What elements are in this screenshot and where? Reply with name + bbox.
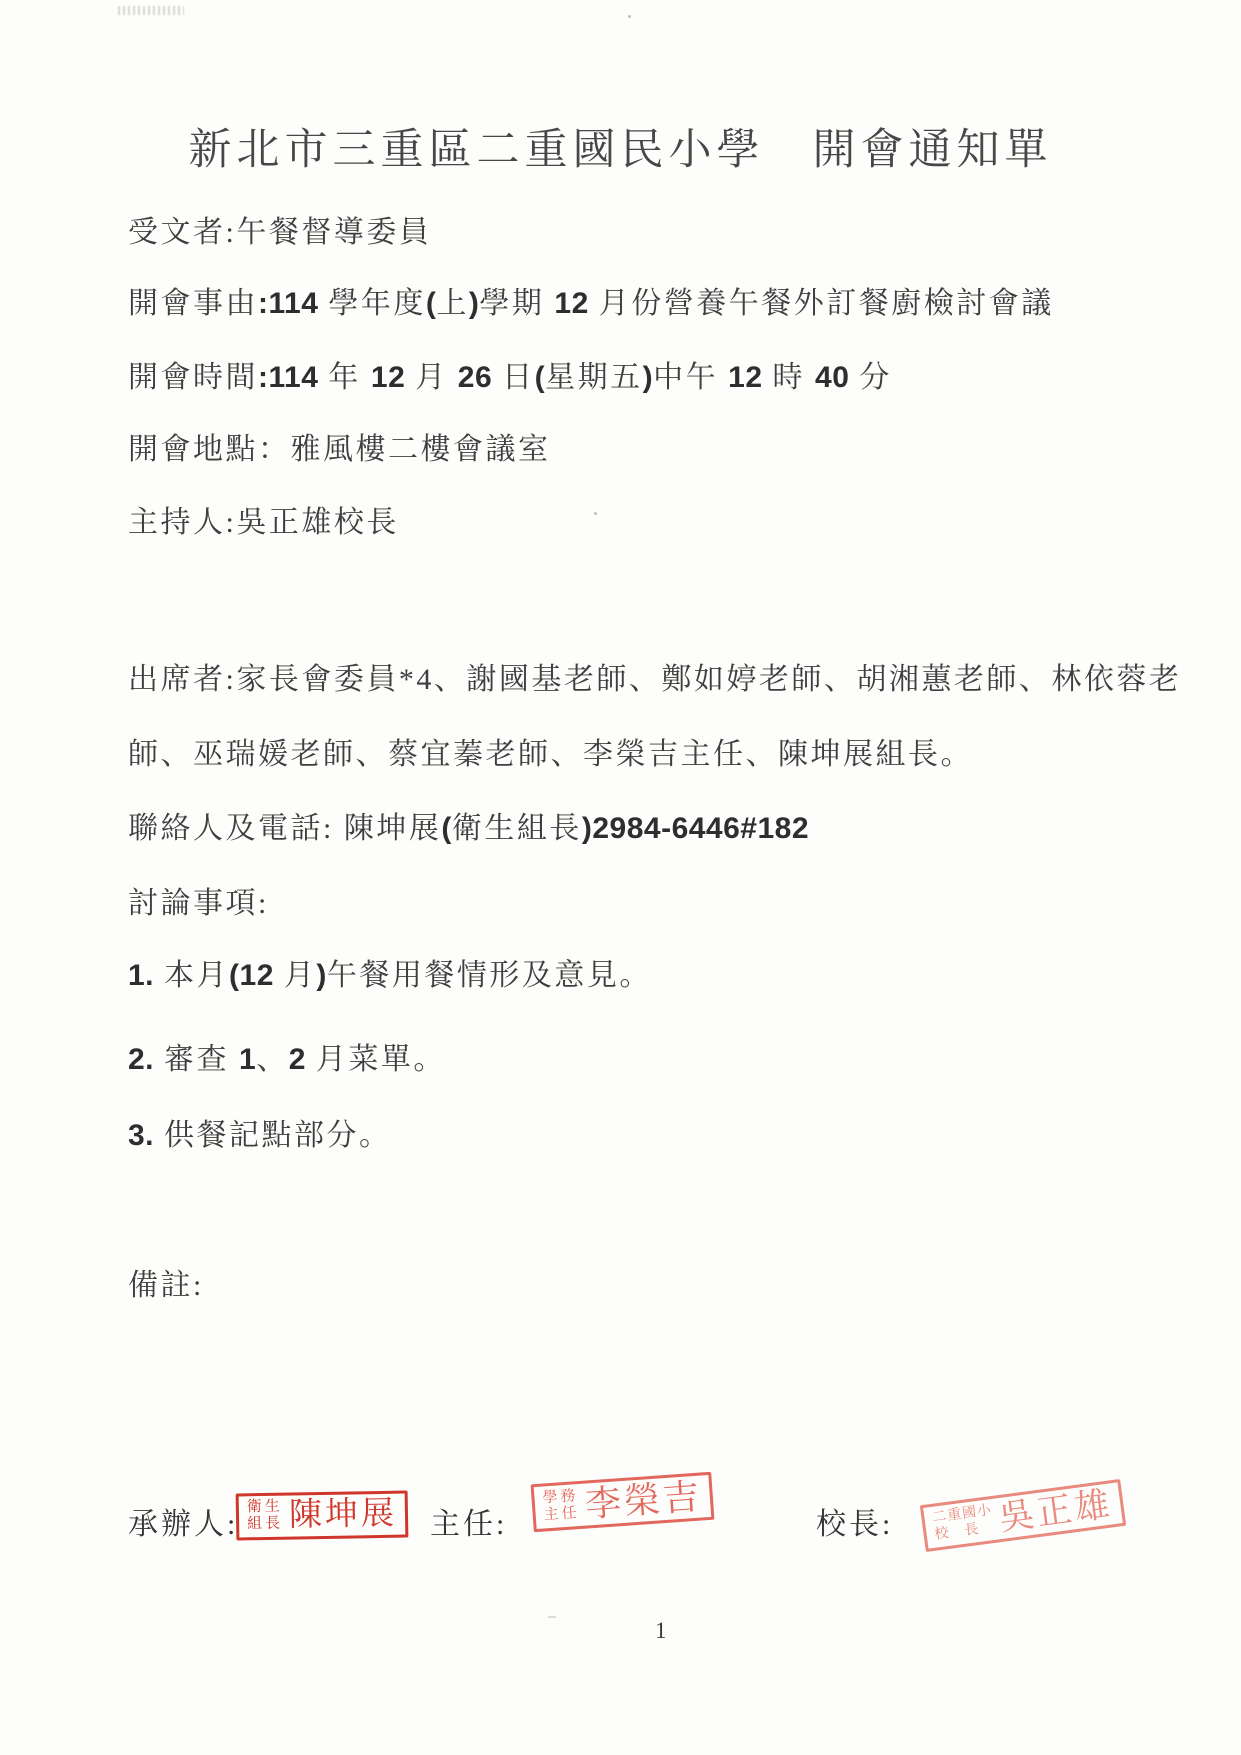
text-run: ) [643,361,654,394]
text-run: 出席者:家長會委員*4、謝國基老師、鄭如婷老師、胡湘蕙老師、林依蓉老 [128,663,1181,696]
line-contact: 聯絡人及電話: 陳坤展(衛生組長)2984-6446#182 [128,803,809,847]
line-agenda-item-2: 2. 審查 1、2 月菜單。 [128,1034,446,1078]
scanned-meeting-notice-page: 新北市三重區二重國民小學 開會通知單 受文者:午餐督導委員開會事由:114 學年… [0,0,1241,1755]
text-run: 供餐記點部分。 [154,1119,392,1152]
stamp-name: 吳正雄 [997,1486,1115,1536]
scan-artifact [118,6,184,15]
line-meeting-time: 開會時間:114 年 12 月 26 日(星期五)中午 12 時 40 分 [128,352,892,396]
stamp-name: 陳坤展 [289,1497,398,1532]
stamp-title-row: 衛生 [247,1499,283,1517]
stamp-title-rows: 衛生組長 [247,1499,284,1534]
text-run: 3. [128,1119,154,1152]
text-run: 1 [239,1043,256,1076]
text-run: ( [441,812,452,845]
line-remarks: 備註: [128,1260,204,1304]
organizer-stamp: 衛生組長陳坤展 [236,1491,409,1540]
text-run: 師、巫瑞媛老師、蔡宜蓁老師、李榮吉主任、陳坤展組長。 [128,738,973,771]
line-meeting-subject: 開會事由:114 學年度(上)學期 12 月份營養午餐外訂餐廚檢討會議 [128,278,1054,322]
scan-speck [594,512,597,515]
scan-speck [628,15,631,18]
principal-label: 校長: [816,1499,893,1543]
scan-speck [548,1616,556,1618]
text-run: 月 [274,959,317,992]
text-run: 、 [256,1043,289,1076]
page-title: 新北市三重區二重國民小學 開會通知單 [0,116,1241,177]
text-run: 時 [763,361,816,394]
line-attendees-line-1: 出席者:家長會委員*4、謝國基老師、鄭如婷老師、胡湘蕙老師、林依蓉老 [128,654,1181,698]
text-run: 40 [815,361,849,394]
text-run: 月菜單。 [306,1043,446,1076]
text-run: ( [426,287,437,320]
text-run: 2. [128,1043,154,1076]
stamp-name: 李榮吉 [584,1478,703,1522]
director-label: 主任: [430,1499,507,1543]
stamp-title-rows: 學務主任 [542,1488,580,1525]
line-agenda-heading: 討論事項: [128,878,269,922]
text-run: 審查 [154,1043,239,1076]
text-run: 日 [492,361,535,394]
organizer-label: 承辦人: [128,1499,238,1543]
text-run: 開會地點：雅風樓二樓會議室 [128,433,551,466]
text-run: 聯絡人及電話: 陳坤展 [128,812,441,845]
line-recipient: 受文者:午餐督導委員 [128,207,431,251]
text-run: 午餐用餐情形及意見。 [327,959,652,992]
text-run: 開會時間 [128,361,258,394]
line-meeting-location: 開會地點：雅風樓二樓會議室 [128,424,551,468]
stamp-title-rows: 二重國小校 長 [932,1503,996,1543]
text-run: 備註: [128,1269,204,1302]
text-run: 2 [289,1043,306,1076]
stamp-title-row: 組長 [247,1516,283,1534]
text-run: 12 [371,361,405,394]
line-agenda-item-1: 1. 本月(12 月)午餐用餐情形及意見。 [128,950,652,994]
line-agenda-item-3: 3. 供餐記點部分。 [128,1110,392,1154]
text-run: )2984-6446#182 [582,812,809,845]
text-run: :114 [258,287,318,320]
text-run: 26 [458,361,492,394]
text-run: 分 [849,361,892,394]
text-run: 開會事由 [128,287,258,320]
text-run: 本月 [154,959,229,992]
director-stamp: 學務主任李榮吉 [531,1472,715,1533]
text-run: 月 [405,361,458,394]
text-run: 12 [554,287,588,320]
principal-stamp: 二重國小校 長吳正雄 [920,1479,1126,1552]
text-run: 年 [318,361,371,394]
text-run: 上 [436,287,469,320]
text-run: :114 [258,361,318,394]
stamp-title-row: 主任 [543,1505,580,1525]
text-run: 主持人:吳正雄校長 [128,506,399,539]
text-run: ) [316,959,327,992]
text-run: 中午 [653,361,728,394]
text-run: 星期五 [545,361,643,394]
text-run: 學年度 [318,287,426,320]
text-run: 月份營養午餐外訂餐廚檢討會議 [589,287,1054,320]
line-attendees-line-2: 師、巫瑞媛老師、蔡宜蓁老師、李榮吉主任、陳坤展組長。 [128,729,973,773]
page-number: 1 [655,1618,667,1644]
text-run: 學期 [479,287,554,320]
text-run: ) [469,287,480,320]
text-run: ( [535,361,546,394]
line-chairperson: 主持人:吳正雄校長 [128,497,399,541]
text-run: 討論事項: [128,887,269,920]
text-run: (12 [229,959,274,992]
text-run: 受文者:午餐督導委員 [128,216,431,249]
text-run: 12 [728,361,762,394]
text-run: 1. [128,959,154,992]
text-run: 衛生組長 [452,812,582,845]
